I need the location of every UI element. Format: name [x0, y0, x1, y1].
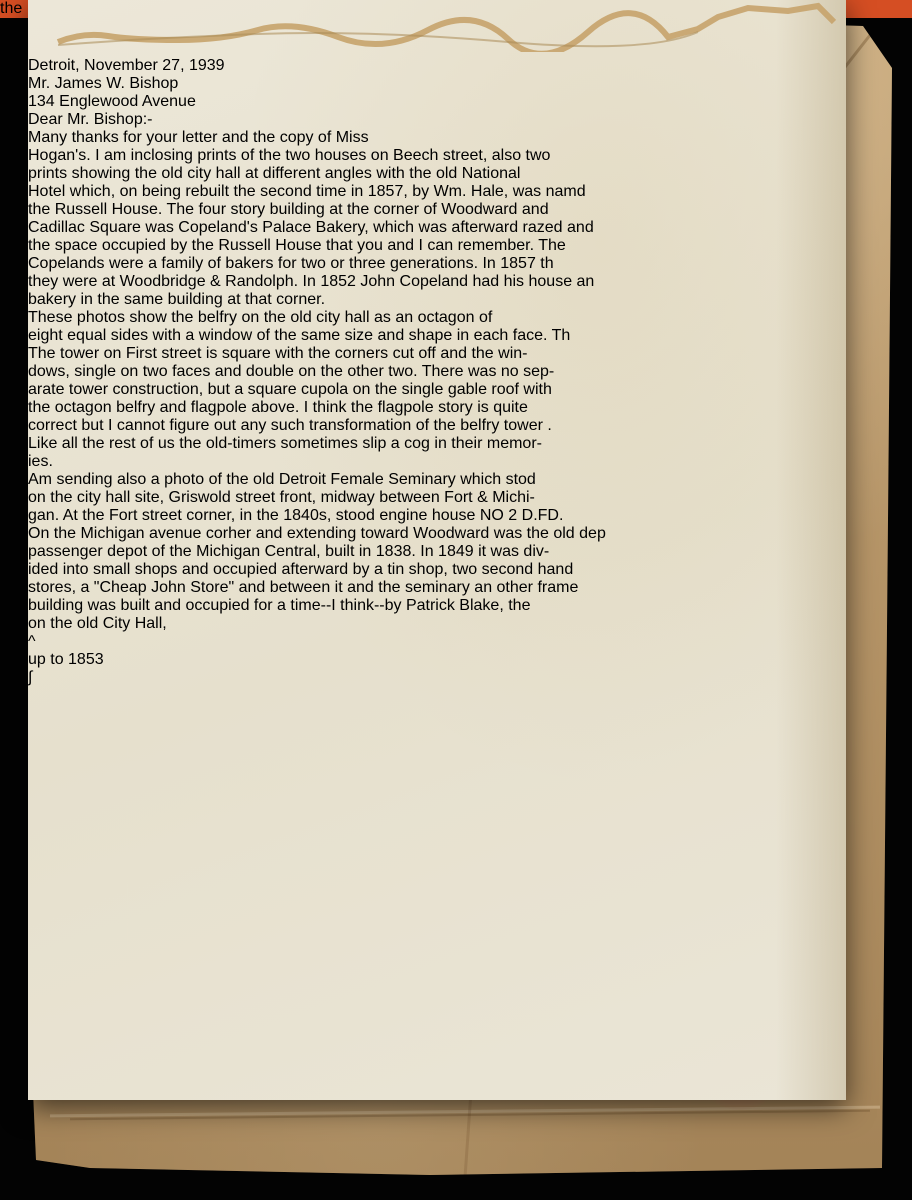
letter-last-line: building was built and occupied for a ti…	[28, 597, 846, 615]
letter-line: Copelands were a family of bakers for tw…	[28, 255, 846, 273]
letter-line: they were at Woodbridge & Randolph. In 1…	[28, 273, 846, 291]
letter-date: Detroit, November 27, 1939	[28, 57, 846, 75]
handwritten-insertion-city-hall: on the old City Hall,	[28, 615, 846, 633]
letter-line-text: On the Michigan avenue corher and extend…	[28, 525, 579, 542]
letter-line: ies.	[28, 453, 846, 471]
letter-line: gan. At the Fort street corner, in the 1…	[28, 507, 846, 525]
scanned-letter-page: Detroit, November 27, 1939 Mr. James W. …	[0, 0, 912, 1200]
letter-line: ided into small shops and occupied after…	[28, 561, 846, 579]
letter-line: stores, a "Cheap John Store" and between…	[28, 579, 846, 597]
letter-line: prints showing the old city hall at diff…	[28, 165, 846, 183]
letter-line: The tower on First street is square with…	[28, 345, 846, 363]
insertion-caret: ^	[28, 633, 846, 651]
letter-line: correct but I cannot figure out any such…	[28, 417, 846, 435]
letter-line: the Russell House. The four story buildi…	[28, 201, 846, 219]
letter-wrapper: Detroit, November 27, 1939 Mr. James W. …	[0, 0, 912, 1200]
letter-line: the octagon belfry and flagpole above. I…	[28, 399, 846, 417]
recipient-name: Mr. James W. Bishop	[28, 75, 846, 93]
letter-sheet: Detroit, November 27, 1939 Mr. James W. …	[28, 0, 846, 1100]
paragraph-1: Many thanks for your letter and the copy…	[28, 129, 846, 309]
handwritten-flourish: ∫	[28, 669, 846, 687]
salutation: Dear Mr. Bishop:-	[28, 111, 846, 129]
letter-line: eight equal sides with a window of the s…	[28, 327, 846, 345]
letter-line: Cadillac Square was Copeland's Palace Ba…	[28, 219, 846, 237]
letter-line: These photos show the belfry on the old …	[28, 309, 846, 327]
letter-line: Many thanks for your letter and the copy…	[28, 129, 846, 147]
letter-line: passenger depot of the Michigan Central,…	[28, 543, 846, 561]
letter-line: On the Michigan avenue corher and extend…	[28, 525, 846, 543]
letter-line: Am sending also a photo of the old Detro…	[28, 471, 846, 489]
handwritten-insertion-up-to-1853: up to 1853	[28, 651, 846, 669]
letter-line: the space occupied by the Russell House …	[28, 237, 846, 255]
letter-line: arate tower construction, but a square c…	[28, 381, 846, 399]
letter-line: bakery in the same building at that corn…	[28, 291, 846, 309]
letter-line: Hotel which, on being rebuilt the second…	[28, 183, 846, 201]
letter-line: Hogan's. I am inclosing prints of the tw…	[28, 147, 846, 165]
paragraph-2: These photos show the belfry on the old …	[28, 309, 846, 471]
struck-word: dep	[579, 525, 606, 542]
recipient-address: 134 Englewood Avenue	[28, 93, 846, 111]
torn-edge	[28, 0, 846, 52]
letter-line: on the city hall site, Griswold street f…	[28, 489, 846, 507]
paragraph-3: Am sending also a photo of the old Detro…	[28, 471, 846, 597]
letter-line: Like all the rest of us the old-timers s…	[28, 435, 846, 453]
letter-line: dows, single on two faces and double on …	[28, 363, 846, 381]
